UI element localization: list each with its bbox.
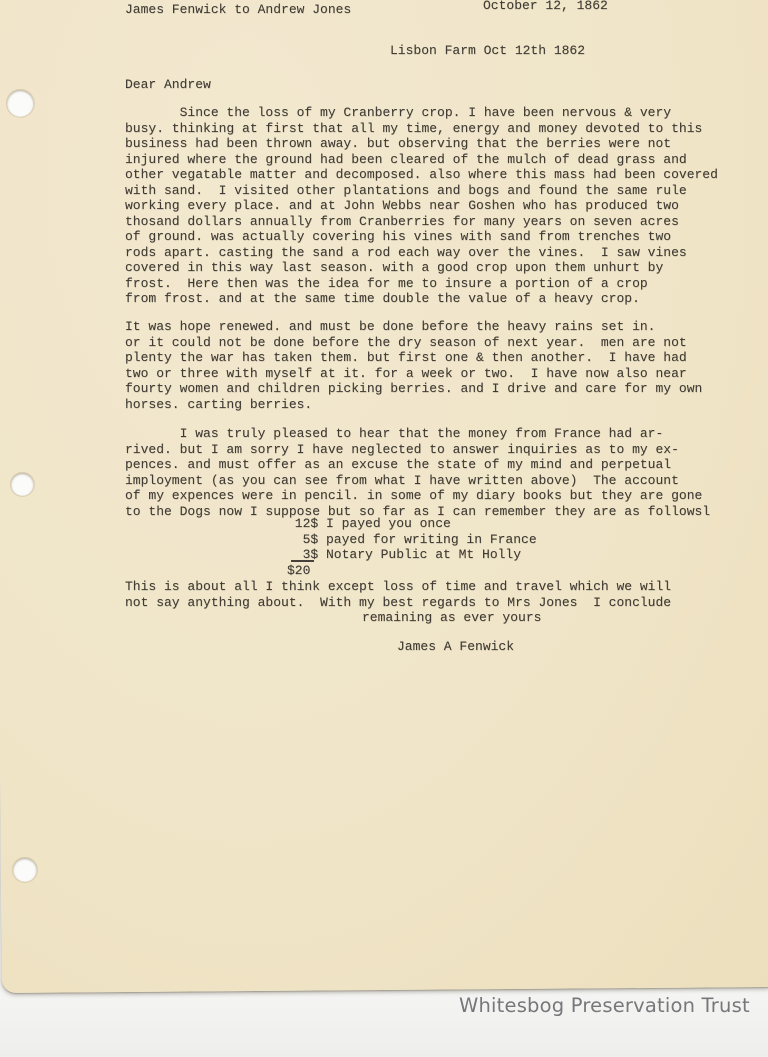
account-sum-underline bbox=[291, 560, 314, 562]
letter-valediction: remaining as ever yours bbox=[362, 610, 541, 626]
archive-caption-correspondents: James Fenwick to Andrew Jones bbox=[125, 2, 351, 18]
letter-paragraph-3: I was truly pleased to hear that the mon… bbox=[125, 426, 710, 519]
expense-account-list: 12$ I payed you once 5$ payed for writin… bbox=[287, 516, 537, 578]
scanned-letter-page: James Fenwick to Andrew Jones October 12… bbox=[0, 0, 768, 1057]
letter-paragraph-1: Since the loss of my Cranberry crop. I h… bbox=[125, 105, 718, 307]
letter-signature: James A Fenwick bbox=[397, 639, 514, 655]
letter-closing-paragraph: This is about all I think except loss of… bbox=[125, 579, 671, 610]
letter-salutation: Dear Andrew bbox=[125, 77, 211, 93]
letter-paragraph-2: It was hope renewed. and must be done be… bbox=[125, 319, 702, 412]
preservation-trust-watermark: Whitesbog Preservation Trust bbox=[459, 994, 750, 1017]
typewritten-text-layer: James Fenwick to Andrew Jones October 12… bbox=[0, 0, 768, 1057]
archive-caption-date: October 12, 1862 bbox=[483, 0, 608, 14]
letter-dateline: Lisbon Farm Oct 12th 1862 bbox=[390, 43, 585, 59]
